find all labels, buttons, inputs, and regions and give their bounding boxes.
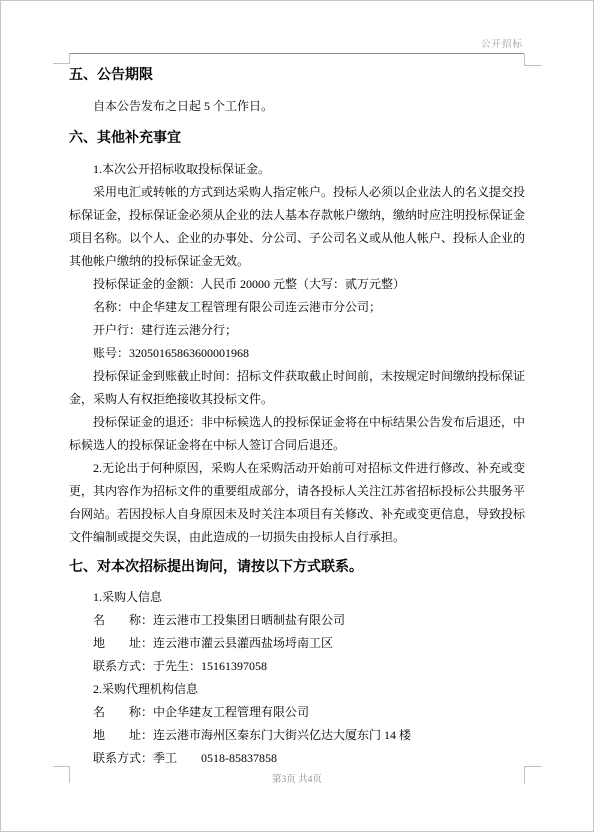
agency-name: 名 称：中企华建友工程管理有限公司 — [69, 701, 525, 724]
agency-info-label: 2.采购代理机构信息 — [69, 678, 525, 701]
bid-bond-refund: 投标保证金的退还：非中标候选人的投标保证金将在中标结果公告发布后退还，中标候选人… — [69, 411, 525, 457]
page-number: 第3页 共4页 — [1, 771, 593, 785]
section-heading-inquiry-contact: 七、对本次招标提出询问，请按以下方式联系。 — [69, 558, 525, 578]
document-page: 公开招标 五、公告期限 自本公告发布之日起 5 个工作日。 六、其他补充事宜 1… — [0, 0, 594, 832]
purchaser-contact: 联系方式：于先生：15161397058 — [69, 655, 525, 678]
purchaser-address: 地 址：连云港市灌云县灌西盐场埒南工区 — [69, 632, 525, 655]
bid-bond-payment-rules: 采用电汇或转帐的方式到达采购人指定帐户。投标人必须以企业法人的名义提交投标保证金… — [69, 181, 525, 273]
text-boundary-mark-top-left — [53, 63, 69, 64]
bid-bond-collection-note: 1.本次公开招标收取投标保证金。 — [69, 158, 525, 181]
section-heading-other-supplementary-matters: 六、其他补充事宜 — [69, 129, 525, 149]
header-rule — [69, 53, 524, 54]
section-other-supplementary-matters: 1.本次公开招标收取投标保证金。 采用电汇或转帐的方式到达采购人指定帐户。投标人… — [69, 158, 525, 549]
text-boundary-mark-bottom-left — [53, 766, 69, 767]
purchaser-info-label: 1.采购人信息 — [69, 586, 525, 609]
text-boundary-mark-top-right — [524, 65, 542, 66]
bid-bond-payee-name: 名称：中企华建友工程管理有限公司连云港市分公司； — [69, 296, 525, 319]
section-inquiry-contact: 1.采购人信息 名 称：连云港市工投集团日晒制盐有限公司 地 址：连云港市灌云县… — [69, 586, 525, 770]
text-boundary-mark-bottom-right — [524, 766, 542, 767]
bid-bond-bank: 开户行：建行连云港分行； — [69, 319, 525, 342]
page-header-label: 公开招标 — [481, 36, 523, 50]
section-heading-announcement-period: 五、公告期限 — [69, 66, 525, 86]
bid-bond-amount: 投标保证金的金额：人民币 20000 元整（大写：贰万元整） — [69, 273, 525, 296]
agency-contact: 联系方式：季工 0518-85837858 — [69, 747, 525, 770]
document-content: 五、公告期限 自本公告发布之日起 5 个工作日。 六、其他补充事宜 1.本次公开… — [69, 61, 525, 770]
purchaser-name: 名 称：连云港市工投集团日晒制盐有限公司 — [69, 609, 525, 632]
announcement-period-text: 自本公告发布之日起 5 个工作日。 — [69, 94, 525, 118]
bid-bond-deadline: 投标保证金到账截止时间：招标文件获取截止时间前，未按规定时间缴纳投标保证金，采购… — [69, 365, 525, 411]
bid-bond-account-number: 账号：32050165863600001968 — [69, 342, 525, 365]
document-modification-notice: 2.无论出于何种原因，采购人在采购活动开始前可对招标文件进行修改、补充或变更，其… — [69, 457, 525, 549]
agency-address: 地 址：连云港市海州区秦东门大街兴亿达大厦东门 14 楼 — [69, 724, 525, 747]
